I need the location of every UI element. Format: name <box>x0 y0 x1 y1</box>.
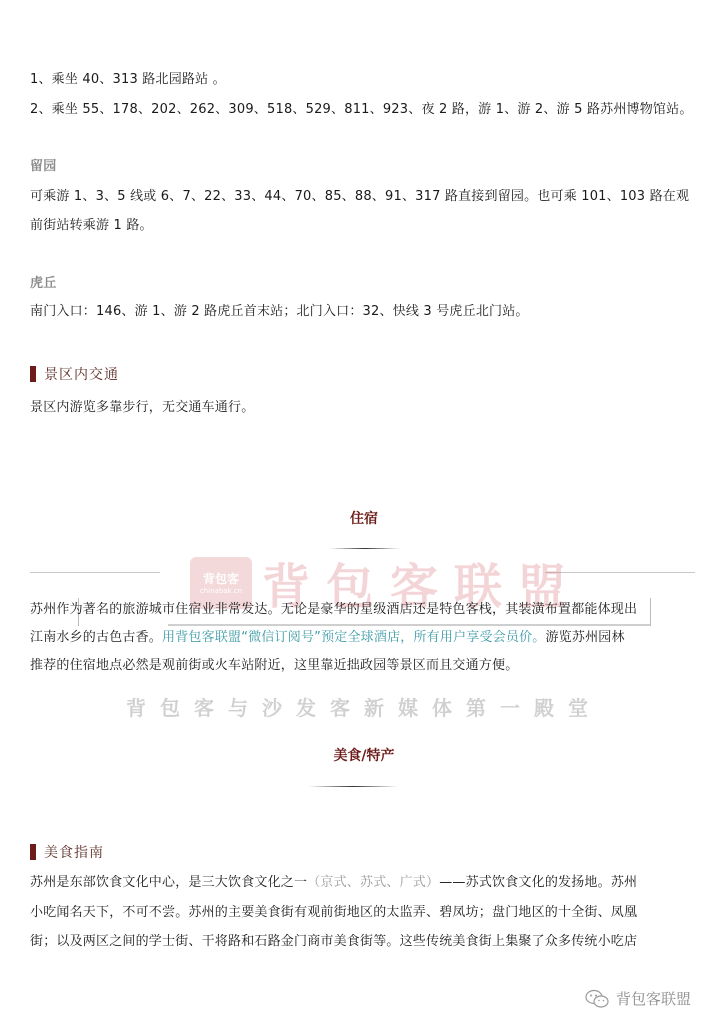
liuyuan-heading: 留园 <box>30 157 56 177</box>
section-marker-icon <box>30 844 36 860</box>
food-divider <box>308 786 398 787</box>
watermark-badge-sub: chinabak.cn <box>200 587 242 595</box>
food-line-1-start: 苏州是东部饮食文化中心，是三大饮食文化之一 <box>30 875 307 890</box>
lodging-heading: 住宿 <box>0 508 728 528</box>
food-line-1-end: ——苏式饮食文化的发扬地。苏州 <box>439 875 637 890</box>
watermark-rule-left <box>30 572 160 573</box>
liuyuan-line-2: 前街站转乘游 1 路。 <box>30 216 153 236</box>
food-line-1: 苏州是东部饮食文化中心，是三大饮食文化之一（京式、苏式、广式）——苏式饮食文化的… <box>30 873 637 893</box>
section-marker-icon <box>30 366 36 382</box>
watermark-badge-text: 背包客 <box>203 570 239 587</box>
section-title-food-guide: 美食指南 <box>30 842 104 862</box>
hotel-booking-link[interactable]: 用背包客联盟“微信订阅号”预定全球酒店，所有用户享受会员价。 <box>162 630 545 645</box>
section-title-text: 美食指南 <box>44 842 104 862</box>
watermark-frame-bottom <box>168 624 650 626</box>
lodging-line-2: 江南水乡的古色古香。用背包客联盟“微信订阅号”预定全球酒店，所有用户享受会员价。… <box>30 628 625 648</box>
food-heading: 美食/特产 <box>0 745 728 765</box>
lodging-line-2-end: 游览苏州园林 <box>546 630 625 645</box>
route-line-1: 1、乘坐 40、313 路北园路站 。 <box>30 70 226 90</box>
route-line-2: 2、乘坐 55、178、202、262、309、518、529、811、923、… <box>30 100 693 120</box>
section-title-text: 景区内交通 <box>44 364 119 384</box>
watermark-slogan: 背包客与沙发客新媒体第一殿堂 <box>0 692 728 721</box>
food-line-1-styles: （京式、苏式、广式） <box>307 875 439 890</box>
lodging-line-3: 推荐的住宿地点必然是观前街或火车站附近，这里靠近拙政园等景区而且交通方便。 <box>30 656 518 676</box>
section-title-inner-transport: 景区内交通 <box>30 364 119 384</box>
inner-transport-text: 景区内游览多靠步行，无交通车通行。 <box>30 398 254 418</box>
huqiu-heading: 虎丘 <box>30 274 56 294</box>
watermark-frame-right <box>650 598 651 626</box>
lodging-line-2-start: 江南水乡的古色古香。 <box>30 630 162 645</box>
lodging-line-1: 苏州作为著名的旅游城市住宿业非常发达。无论是豪华的星级酒店还是特色客栈，其装潢布… <box>30 600 637 620</box>
footer-brand: 背包客联盟 <box>584 988 691 1009</box>
huqiu-line-1: 南门入口：146、游 1、游 2 路虎丘首末站；北门入口：32、快线 3 号虎丘… <box>30 302 529 322</box>
food-line-3: 街；以及两区之间的学士街、干将路和石路金门商市美食街等。这些传统美食街上集聚了众… <box>30 932 637 952</box>
liuyuan-line-1: 可乘游 1、3、5 线或 6、7、22、33、44、70、85、88、91、31… <box>30 187 689 207</box>
footer-brand-text: 背包客联盟 <box>616 988 691 1009</box>
wechat-icon <box>584 989 610 1009</box>
food-line-2: 小吃闻名天下，不可不尝。苏州的主要美食街有观前街地区的太监弄、碧凤坊；盘门地区的… <box>30 903 637 923</box>
